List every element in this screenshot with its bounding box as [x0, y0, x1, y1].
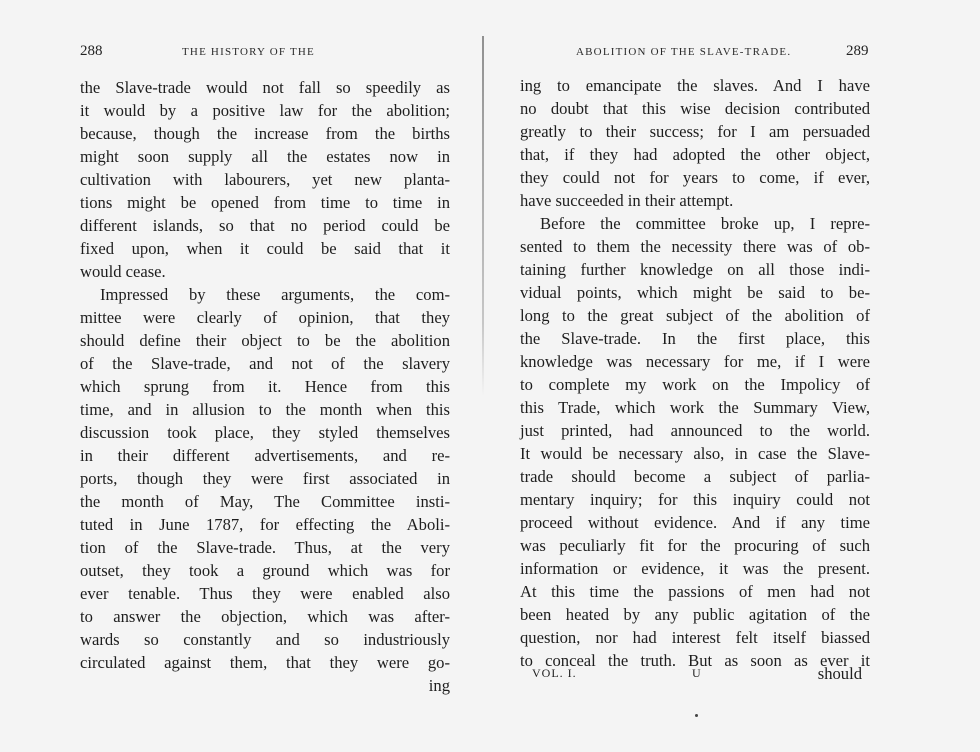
- text-line: might soon supply all the estates now in: [80, 145, 450, 168]
- text-line: no doubt that this wise decision contrib…: [520, 97, 870, 120]
- text-line: was peculiarly fit for the procuring of …: [520, 534, 870, 557]
- text-line: they could not for years to come, if eve…: [520, 166, 870, 189]
- scan-speck: [695, 714, 698, 717]
- running-head: THE HISTORY OF THE: [182, 46, 315, 58]
- catchword: ing: [80, 674, 450, 697]
- text-line: wards so constantly and so industriously: [80, 628, 450, 651]
- text-line: At this time the passions of men had not: [520, 580, 870, 603]
- text-line: that, if they had adopted the other obje…: [520, 143, 870, 166]
- text-line: of the Slave-trade, and not of the slave…: [80, 352, 450, 375]
- paragraph-start: Impressed by these arguments, the com-: [80, 283, 450, 306]
- text-line: tuted in June 1787, for effecting the Ab…: [80, 513, 450, 536]
- text-line: different islands, so that no period cou…: [80, 214, 450, 237]
- text-line: proceed without evidence. And if any tim…: [520, 511, 870, 534]
- text-line: been heated by any public agitation of t…: [520, 603, 870, 626]
- text-line: to answer the objection, which was after…: [80, 605, 450, 628]
- text-line: circulated against them, that they were …: [80, 651, 450, 674]
- text-line: taining further knowledge on all those i…: [520, 258, 870, 281]
- book-gutter: [482, 36, 484, 396]
- text-line: information or evidence, it was the pres…: [520, 557, 870, 580]
- text-line: the month of May, The Committee insti-: [80, 490, 450, 513]
- body-text: the Slave-trade would not fall so speedi…: [80, 76, 450, 697]
- text-line: the Slave-trade. In the first place, thi…: [520, 327, 870, 350]
- text-line: trade should become a subject of parlia-: [520, 465, 870, 488]
- text-line: to complete my work on the Impolicy of: [520, 373, 870, 396]
- text-line: should define their object to be the abo…: [80, 329, 450, 352]
- text-line: fixed upon, when it could be said that i…: [80, 237, 450, 260]
- text-line: knowledge was necessary for me, if I wer…: [520, 350, 870, 373]
- text-line: tion of the Slave-trade. Thus, at the ve…: [80, 536, 450, 559]
- text-line: ports, though they were first associated…: [80, 467, 450, 490]
- text-line: sented to them the necessity there was o…: [520, 235, 870, 258]
- paragraph-start: Before the committee broke up, I repre-: [520, 212, 870, 235]
- text-line: long to the great subject of the aboliti…: [520, 304, 870, 327]
- text-line: It would be necessary also, in case the …: [520, 442, 870, 465]
- text-line: it would by a positive law for the aboli…: [80, 99, 450, 122]
- text-line: mittee were clearly of opinion, that the…: [80, 306, 450, 329]
- text-line: which sprung from it. Hence from this: [80, 375, 450, 398]
- text-line: have succeeded in their attempt.: [520, 189, 870, 212]
- running-head: ABOLITION OF THE SLAVE-TRADE.: [576, 46, 791, 58]
- text-line: vidual points, which might be said to be…: [520, 281, 870, 304]
- text-line: greatly to their success; for I am persu…: [520, 120, 870, 143]
- left-page: 288 THE HISTORY OF THE the Slave-trade w…: [0, 0, 480, 752]
- text-line: tions might be opened from time to time …: [80, 191, 450, 214]
- text-line: cultivation with labourers, yet new plan…: [80, 168, 450, 191]
- text-line: the Slave-trade would not fall so speedi…: [80, 76, 450, 99]
- text-line: this Trade, which work the Summary View,: [520, 396, 870, 419]
- volume-mark: VOL. I.: [532, 662, 577, 685]
- text-line: ever tenable. Thus they were enabled als…: [80, 582, 450, 605]
- text-line: because, though the increase from the bi…: [80, 122, 450, 145]
- text-line: discussion took place, they styled thems…: [80, 421, 450, 444]
- text-line: mentary inquiry; for this inquiry could …: [520, 488, 870, 511]
- page-number: 288: [80, 43, 103, 60]
- text-line: question, nor had interest felt itself b…: [520, 626, 870, 649]
- page-footer: VOL. I. U should: [532, 662, 862, 685]
- text-line: ing to emancipate the slaves. And I have: [520, 74, 870, 97]
- text-line: just printed, had announced to the world…: [520, 419, 870, 442]
- text-line: in their different advertisements, and r…: [80, 444, 450, 467]
- page-number: 289: [846, 43, 869, 60]
- catchword: should: [818, 662, 862, 685]
- text-line: time, and in allusion to the month when …: [80, 398, 450, 421]
- body-text: ing to emancipate the slaves. And I have…: [520, 74, 870, 672]
- text-line: outset, they took a ground which was for: [80, 559, 450, 582]
- text-line: would cease.: [80, 260, 450, 283]
- signature-mark: U: [692, 662, 701, 685]
